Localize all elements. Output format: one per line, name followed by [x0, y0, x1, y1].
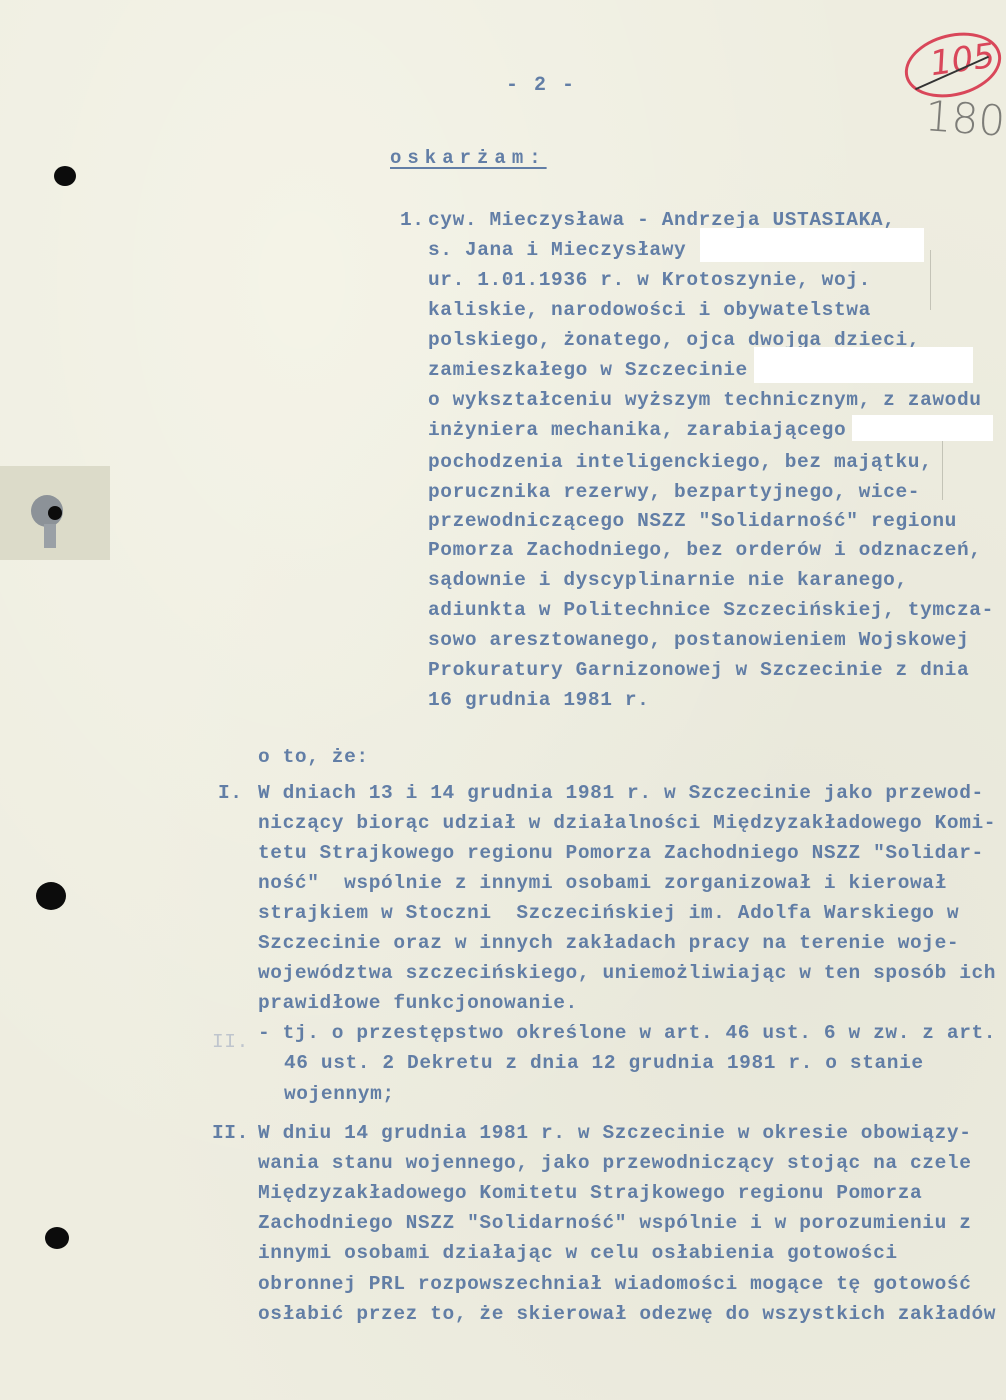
- charge-line: osłabić przez to, że skierował odezwę do…: [258, 1302, 996, 1326]
- document-page: 105 180 - 2 - oskarżam: 1. cyw. Mieczysł…: [0, 0, 1006, 1400]
- charge-numeral: I.: [218, 781, 243, 805]
- punch-hole: [45, 1227, 69, 1249]
- punch-hole-patch-stem: [44, 524, 56, 548]
- defendant-line: s. Jana i Mieczysławy: [428, 238, 686, 262]
- defendant-line: porucznika rezerwy, bezpartyjnego, wice-: [428, 480, 920, 504]
- defendant-line: sądownie i dyscyplinarnie nie karanego,: [428, 568, 908, 592]
- defendant-line: adiunkta w Politechnice Szczecińskiej, t…: [428, 598, 994, 622]
- charge-line: wania stanu wojennego, jako przewodniczą…: [258, 1151, 972, 1175]
- charge-numeral: II.: [212, 1121, 249, 1145]
- charge-line: prawidłowe funkcjonowanie.: [258, 991, 578, 1015]
- paper-crease: [930, 250, 931, 310]
- punch-hole: [48, 506, 62, 520]
- qualification-line: wojennym;: [284, 1082, 395, 1106]
- charge-line: W dniach 13 i 14 grudnia 1981 r. w Szcze…: [258, 781, 984, 805]
- defendant-line: Prokuratury Garnizonowej w Szczecinie z …: [428, 658, 969, 682]
- defendant-line: o wykształceniu wyższym technicznym, z z…: [428, 388, 982, 412]
- charge-line: innymi osobami działając w celu osłabien…: [258, 1241, 898, 1265]
- pencil-page-number: 180: [923, 91, 1006, 145]
- defendant-item-number: 1.: [400, 208, 425, 232]
- heading-oskarzam: oskarżam:: [390, 146, 547, 170]
- charge-line: Międzyzakładowego Komitetu Strajkowego r…: [258, 1181, 922, 1205]
- punch-hole: [36, 882, 66, 910]
- defendant-line: sowo aresztowanego, postanowieniem Wojsk…: [428, 628, 969, 652]
- faded-numeral: II.: [212, 1030, 249, 1054]
- charges-intro: o to, że:: [258, 745, 369, 769]
- defendant-line: ur. 1.01.1936 r. w Krotoszynie, woj.: [428, 268, 871, 292]
- defendant-line: 16 grudnia 1981 r.: [428, 688, 649, 712]
- charge-line: tetu Strajkowego regionu Pomorza Zachodn…: [258, 841, 984, 865]
- defendant-line: pochodzenia inteligenckiego, bez majątku…: [428, 450, 932, 474]
- defendant-line: Pomorza Zachodniego, bez orderów i odzna…: [428, 538, 982, 562]
- defendant-line: inżyniera mechanika, zarabiającego: [428, 418, 846, 442]
- defendant-line: przewodniczącego NSZZ "Solidarność" regi…: [428, 509, 957, 533]
- punch-hole: [54, 166, 76, 186]
- charge-line: Zachodniego NSZZ "Solidarność" wspólnie …: [258, 1211, 972, 1235]
- defendant-line: zamieszkałego w Szczecinie: [428, 358, 748, 382]
- charge-line: strajkiem w Stoczni Szczecińskiej im. Ad…: [258, 901, 959, 925]
- paper-crease: [942, 440, 943, 500]
- qualification-line: 46 ust. 2 Dekretu z dnia 12 grudnia 1981…: [284, 1051, 924, 1075]
- charge-line: niczący biorąc udział w działalności Mię…: [258, 811, 996, 835]
- qualification-line: - tj. o przestępstwo określone w art. 46…: [258, 1021, 996, 1045]
- page-number: - 2 -: [506, 74, 576, 98]
- defendant-line: kaliskie, narodowości i obywatelstwa: [428, 298, 871, 322]
- charge-line: W dniu 14 grudnia 1981 r. w Szczecinie w…: [258, 1121, 972, 1145]
- charge-line: obronnej PRL rozpowszechniał wiadomości …: [258, 1272, 972, 1296]
- charge-line: ność" wspólnie z innymi osobami zorganiz…: [258, 871, 947, 895]
- charge-line: województwa szczecińskiego, uniemożliwia…: [258, 961, 996, 985]
- redaction-address: [754, 347, 973, 383]
- redaction-parents: [700, 228, 924, 262]
- charge-line: Szczecinie oraz w innych zakładach pracy…: [258, 931, 959, 955]
- redaction-salary: [852, 415, 993, 441]
